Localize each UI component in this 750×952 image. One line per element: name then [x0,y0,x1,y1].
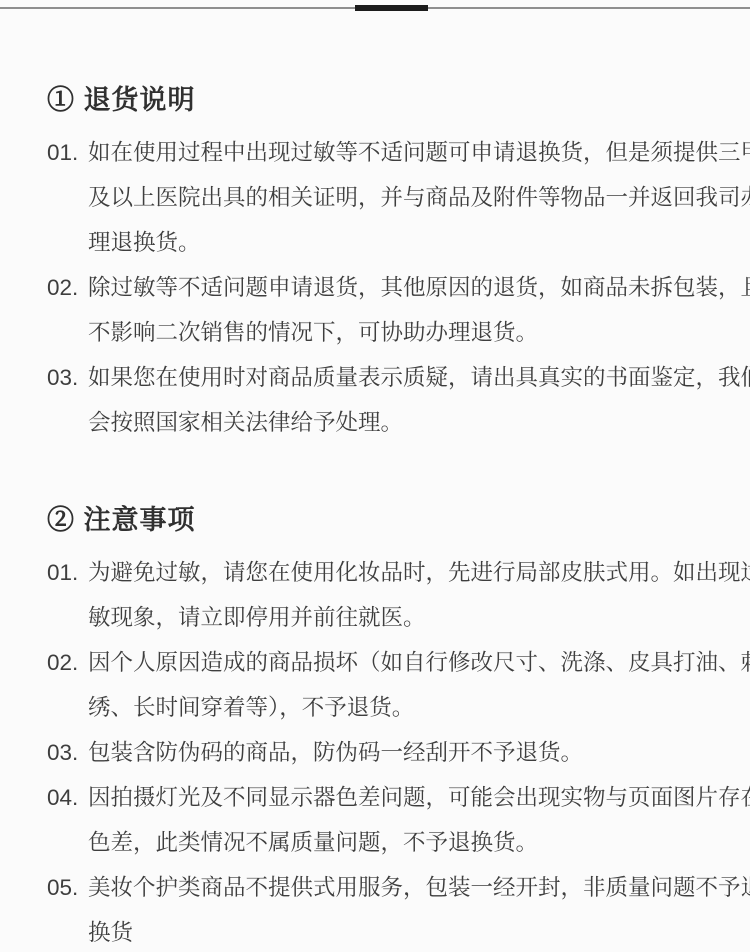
list-item: 05. 美妆个护类商品不提供式用服务，包装一经开封，非质量问题不予退 换货 [47,865,750,952]
list-item: 04. 因拍摄灯光及不同显示器色差问题，可能会出现实物与页面图片存在 色差，此类… [47,775,750,865]
return-instructions-list: 01. 如在使用过程中出现过敏等不适问题可申请退换货，但是须提供三甲 及以上医院… [47,130,750,445]
item-number: 02. [47,265,88,355]
item-text-line: 为避免过敏，请您在使用化妆品时，先进行局部皮肤式用。如出现过 [88,550,750,595]
list-item: 03. 包装含防伪码的商品，防伪码一经刮开不予退货。 [47,730,750,775]
item-text-line: 因拍摄灯光及不同显示器色差问题，可能会出现实物与页面图片存在 [88,775,750,820]
list-item: 01. 如在使用过程中出现过敏等不适问题可申请退换货，但是须提供三甲 及以上医院… [47,130,750,265]
item-text-line: 及以上医院出具的相关证明，并与商品及附件等物品一并返回我司办 [88,175,750,220]
item-text-line: 换货 [88,910,750,952]
item-text-line: 除过敏等不适问题申请退货，其他原因的退货，如商品未拆包装，且 [88,265,750,310]
item-text-line: 敏现象，请立即停用并前往就医。 [88,595,750,640]
item-number: 03. [47,730,88,775]
item-text-line: 理退换货。 [88,220,750,265]
item-text-line: 不影响二次销售的情况下，可协助办理退货。 [88,310,750,355]
list-item: 02. 除过敏等不适问题申请退货，其他原因的退货，如商品未拆包装，且 不影响二次… [47,265,750,355]
list-item: 01. 为避免过敏，请您在使用化妆品时，先进行局部皮肤式用。如出现过 敏现象，请… [47,550,750,640]
section-heading-precautions: ② 注意事项 [47,501,750,539]
item-text-line: 因个人原因造成的商品损坏（如自行修改尺寸、洗涤、皮具打油、刺 [88,640,750,685]
item-text-line: 美妆个护类商品不提供式用服务，包装一经开封，非质量问题不予退 [88,865,750,910]
item-text-line: 如果您在使用时对商品质量表示质疑，请出具真实的书面鉴定，我们 [88,355,750,400]
item-number: 04. [47,775,88,865]
list-item: 02. 因个人原因造成的商品损坏（如自行修改尺寸、洗涤、皮具打油、刺 绣、长时间… [47,640,750,730]
item-text-line: 绣、长时间穿着等），不予退货。 [88,685,750,730]
item-text-line: 会按照国家相关法律给予处理。 [88,400,750,445]
item-number: 03. [47,355,88,445]
item-number: 01. [47,130,88,265]
return-policy-page: ① 退货说明 01. 如在使用过程中出现过敏等不适问题可申请退换货，但是须提供三… [0,0,750,952]
item-number: 05. [47,865,88,952]
item-text-line: 包装含防伪码的商品，防伪码一经刮开不予退货。 [88,730,750,775]
item-number: 02. [47,640,88,730]
precautions-list: 01. 为避免过敏，请您在使用化妆品时，先进行局部皮肤式用。如出现过 敏现象，请… [47,550,750,952]
item-text-line: 色差，此类情况不属质量问题，不予退换货。 [88,820,750,865]
item-number: 01. [47,550,88,640]
list-item: 03. 如果您在使用时对商品质量表示质疑，请出具真实的书面鉴定，我们 会按照国家… [47,355,750,445]
section-heading-return-instructions: ① 退货说明 [47,81,750,119]
policy-content: ① 退货说明 01. 如在使用过程中出现过敏等不适问题可申请退换货，但是须提供三… [0,0,750,952]
item-text-line: 如在使用过程中出现过敏等不适问题可申请退换货，但是须提供三甲 [88,130,750,175]
